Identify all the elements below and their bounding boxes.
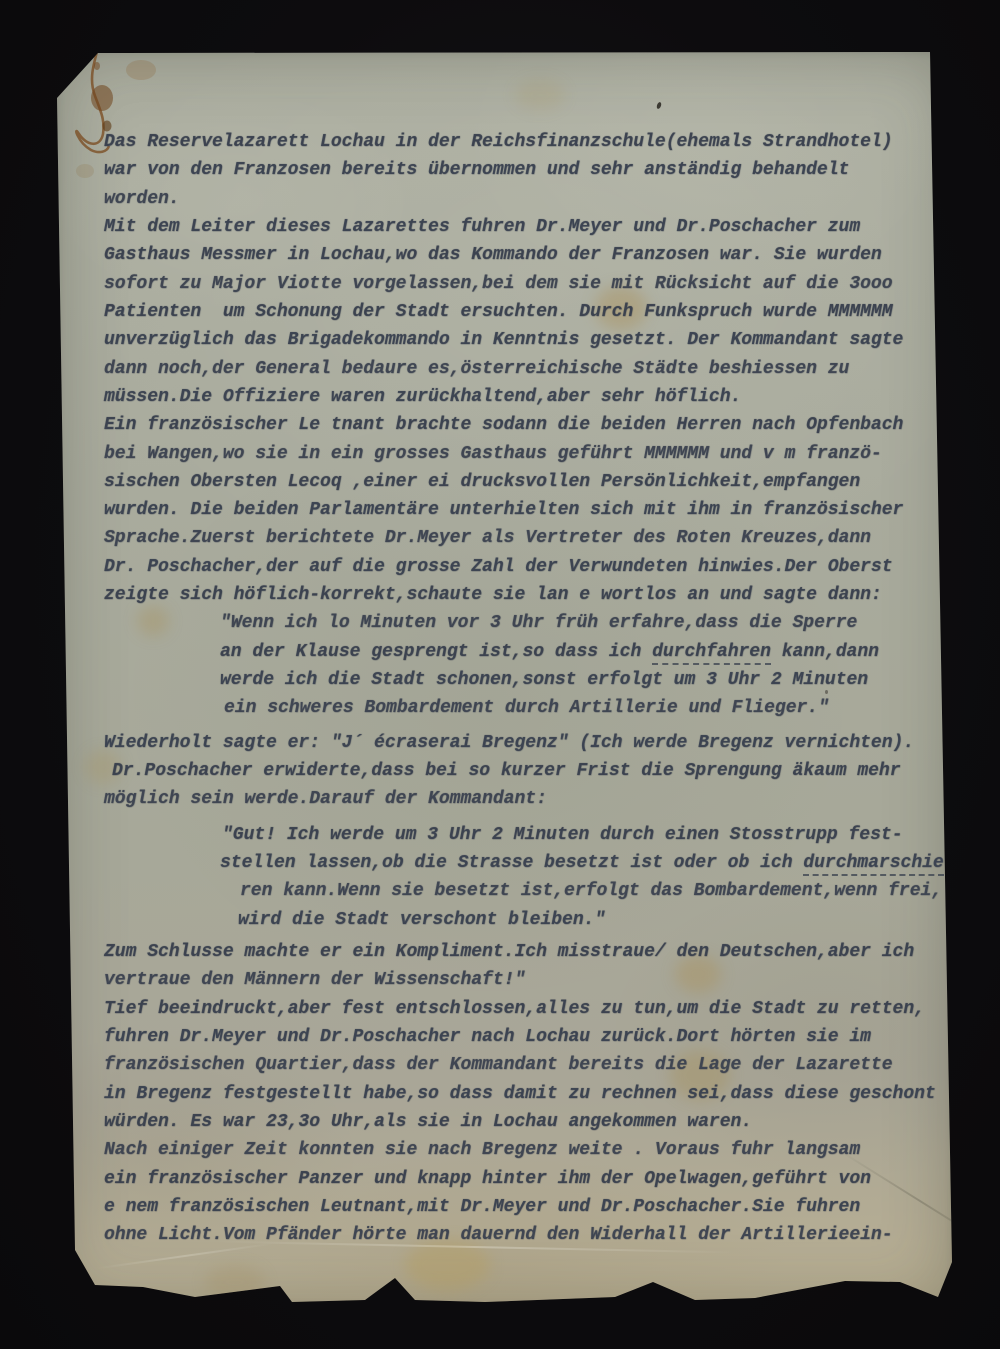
text-line: Tief beeindruckt,aber fest entschlossen,… — [104, 995, 925, 1023]
text-segment: an der Klause gesprengt ist,so dass ich — [220, 642, 652, 662]
text-line: "Gut! Ich werde um 3 Uhr 2 Minuten durch… — [222, 821, 903, 849]
text-line: "Wenn ich lo Minuten vor 3 Uhr früh erfa… — [220, 609, 857, 637]
text-segment: kann,dann — [771, 642, 879, 662]
text-line: unverzüglich das Brigadekommando in Kenn… — [104, 326, 903, 354]
text-line: wurden. Die beiden Parlamentäre unterhie… — [104, 496, 903, 524]
text-line: bei Wangen,wo sie in ein grosses Gasthau… — [104, 440, 882, 468]
text-line: Dr. Poschacher,der auf die grosse Zahl d… — [104, 553, 893, 581]
age-stain — [515, 80, 565, 110]
text-line: e nem französischen Leutnant,mit Dr.Meye… — [104, 1193, 860, 1221]
text-line: Dr.Poschacher erwiderte,dass bei so kurz… — [112, 757, 901, 785]
text-line: werde ich die Stadt schonen,sonst erfolg… — [220, 666, 868, 694]
text-line: war von den Franzosen bereits übernommen… — [104, 156, 849, 184]
text-line: vertraue den Männern der Wissenschaft!" — [104, 966, 525, 994]
underlined-word: durchmarschie — [803, 853, 943, 876]
text-line: möglich sein werde.Darauf der Kommandant… — [104, 785, 547, 813]
text-line: zeigte sich höflich-korrekt,schaute sie … — [104, 581, 882, 609]
dark-speck — [656, 102, 662, 110]
text-line: Nach einiger Zeit konnten sie nach Brege… — [104, 1136, 860, 1164]
text-line: ein schweres Bombardement durch Artiller… — [224, 694, 829, 722]
text-line: Ein französischer Le tnant brachte sodan… — [104, 411, 903, 439]
text-line: worden. — [104, 185, 180, 213]
text-line: ren kann.Wenn sie besetzt ist,erfolgt da… — [240, 877, 942, 905]
text-line: Zum Schlusse machte er ein Kompliment.Ic… — [104, 938, 914, 966]
text-line: sischen Obersten Lecoq ,einer ei drucksv… — [104, 468, 860, 496]
text-line: Gasthaus Messmer in Lochau,wo das Komman… — [104, 241, 882, 269]
text-line: wird die Stadt verschont bleiben." — [238, 906, 605, 934]
text-line: würden. Es war 23,3o Uhr,als sie in Loch… — [104, 1108, 752, 1136]
text-line: Wiederholt sagte er: "J´ écraserai Brege… — [104, 729, 914, 757]
text-line: Sprache.Zuerst berichtete Dr.Meyer als V… — [104, 524, 871, 552]
text-line: ein französischer Panzer und knapp hinte… — [104, 1165, 871, 1193]
text-line: französischen Quartier,dass der Kommanda… — [104, 1051, 893, 1079]
text-line: Mit dem Leiter dieses Lazarettes fuhren … — [104, 213, 860, 241]
text-line: in Bregenz festgestellt habe,so dass dam… — [104, 1080, 936, 1108]
age-stain — [137, 606, 169, 636]
text-segment: stellen lassen,ob die Strasse besetzt is… — [220, 853, 803, 873]
text-line: Das Reservelazarett Lochau in der Reichs… — [104, 128, 893, 156]
text-line: stellen lassen,ob die Strasse besetzt is… — [220, 849, 944, 877]
text-line: dann noch,der General bedaure es,österre… — [104, 355, 849, 383]
text-line: müssen.Die Offiziere waren zurückhaltend… — [104, 383, 741, 411]
text-line: an der Klause gesprengt ist,so dass ich … — [220, 638, 879, 666]
text-line: ohne Licht.Vom Pfänder hörte man dauernd… — [104, 1221, 893, 1249]
age-stain — [205, 1265, 265, 1299]
underlined-word: durchfahren — [652, 642, 771, 665]
text-line: fuhren Dr.Meyer und Dr.Poschacher nach L… — [104, 1023, 871, 1051]
text-line: sofort zu Major Viotte vorgelassen,bei d… — [104, 270, 893, 298]
text-line: Patienten um Schonung der Stadt ersuchte… — [104, 298, 893, 326]
photo-background: Das Reservelazarett Lochau in der Reichs… — [0, 0, 1000, 1349]
